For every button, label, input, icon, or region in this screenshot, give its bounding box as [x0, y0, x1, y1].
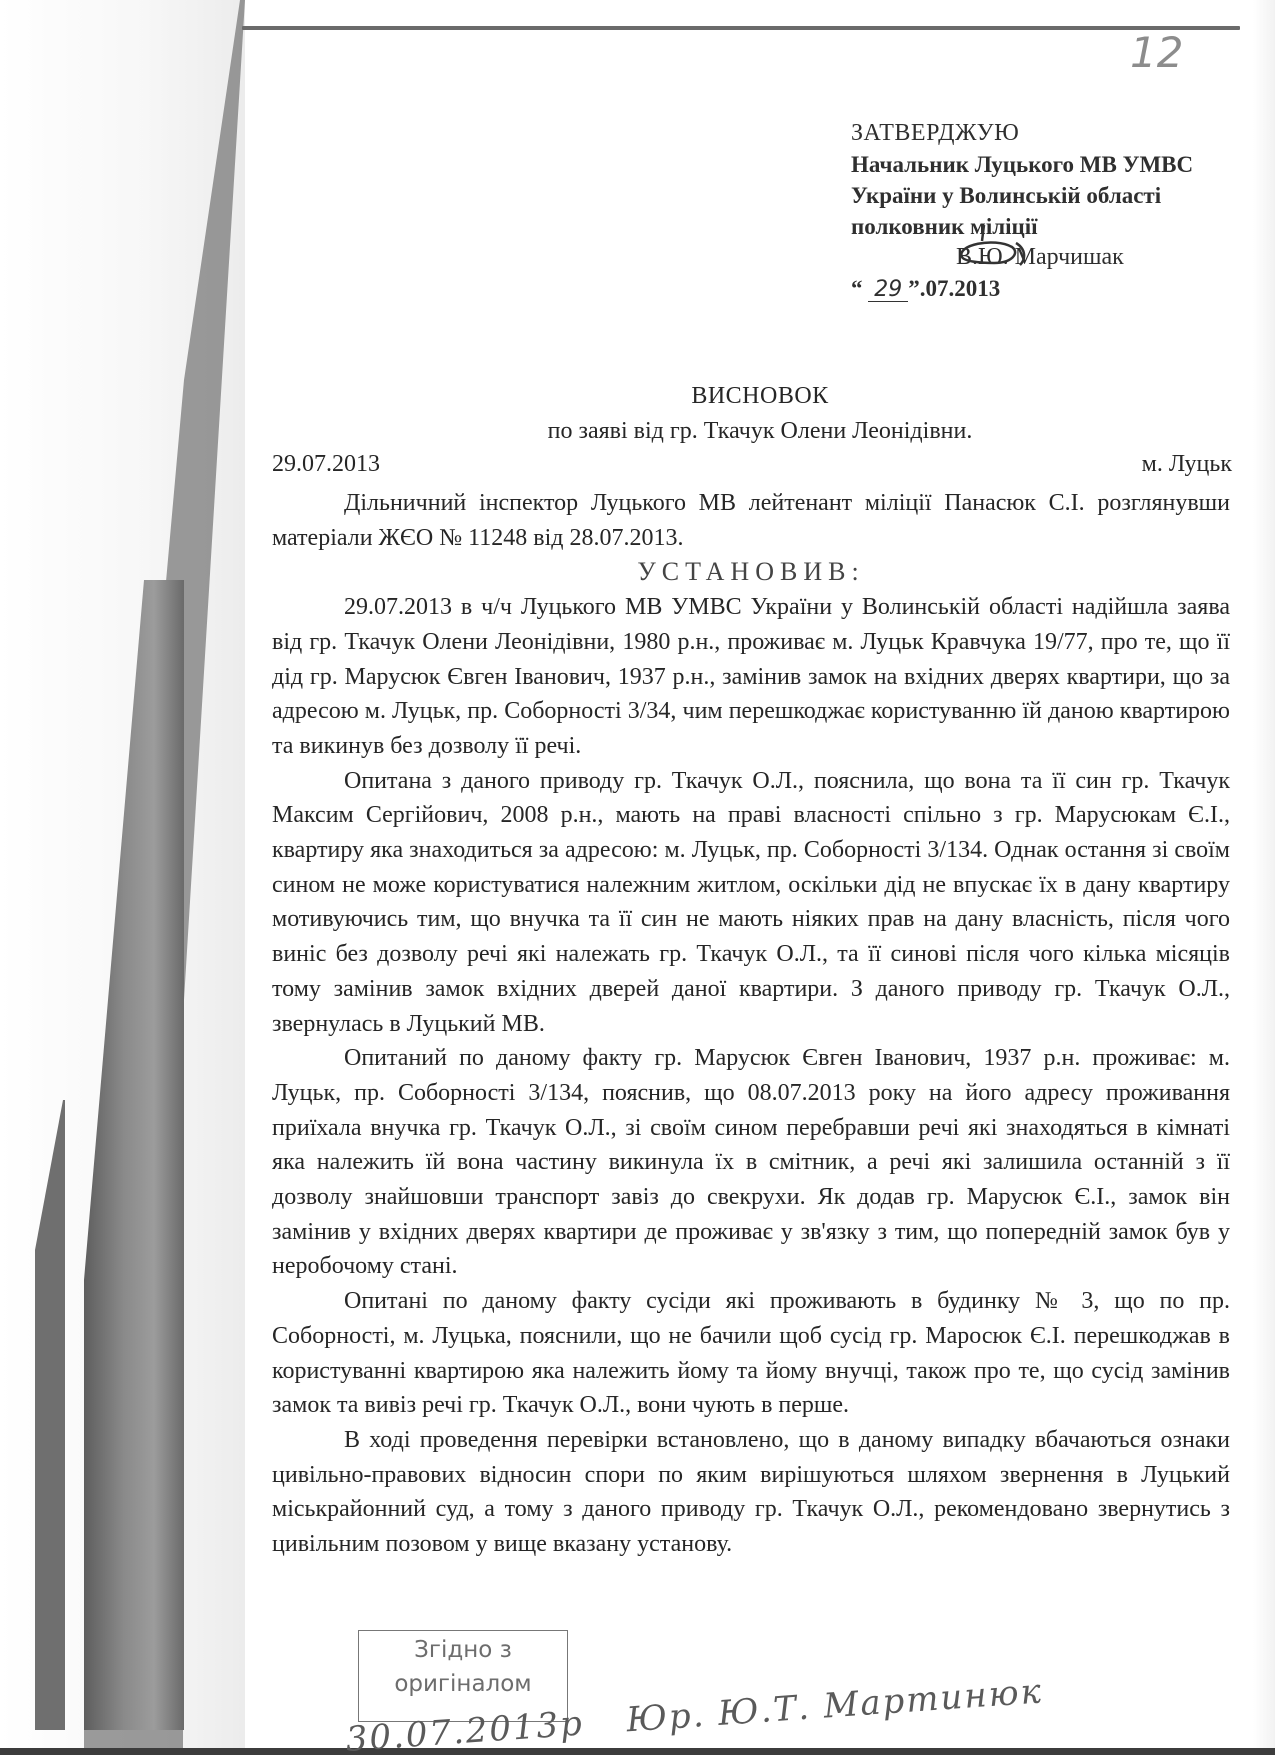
document-title: ВИСНОВОК — [260, 383, 1260, 410]
signature-mark-icon — [954, 223, 1032, 268]
stamp-line: Згідно з — [359, 1633, 567, 1667]
document-subtitle: по заяві від гр. Ткачук Олени Леонідівни… — [260, 418, 1260, 445]
approval-date: “ 29”.07.2013 — [851, 273, 1193, 304]
stamp-line: оригіналом — [359, 1667, 567, 1701]
body-paragraph: 29.07.2013 в ч/ч Луцького МВ УМВС Україн… — [272, 590, 1230, 764]
section-heading: УСТАНОВИВ: — [272, 555, 1230, 590]
approval-block: ЗАТВЕРДЖУЮ Начальник Луцького МВ УМВС Ук… — [851, 118, 1193, 304]
body-paragraph: Опитаний по даному факту гр. Марусюк Євг… — [272, 1041, 1230, 1284]
approval-date-day: 29 — [868, 279, 908, 302]
date-open-quote: “ — [851, 276, 863, 301]
top-rule — [242, 26, 1240, 30]
approval-line: Начальник Луцького МВ УМВС — [851, 149, 1193, 180]
date-close-quote: ” — [908, 276, 920, 301]
document-place: м. Луцьк — [1142, 451, 1232, 478]
intro-paragraph: Дільничний інспектор Луцького МВ лейтена… — [272, 486, 1230, 555]
date-place-row: 29.07.2013 м. Луцьк — [272, 451, 1232, 478]
handwritten-signature: Юр. Ю.Т. Мартинюк — [625, 1671, 1044, 1740]
body-paragraph: В ході проведення перевірки встановлено,… — [272, 1423, 1230, 1562]
approval-line: України у Волинській області — [851, 180, 1193, 211]
document-date: 29.07.2013 — [272, 451, 380, 478]
handwritten-page-number: 12 — [1130, 28, 1183, 77]
approval-date-rest: .07.2013 — [920, 276, 1001, 301]
document-body: Дільничний інспектор Луцького МВ лейтена… — [272, 486, 1230, 1562]
body-paragraph: Опитані по даному факту сусіди які прожи… — [272, 1284, 1230, 1423]
approval-heading: ЗАТВЕРДЖУЮ — [851, 118, 1193, 149]
bottom-rule — [0, 1748, 1275, 1755]
body-paragraph: Опитана з даного приводу гр. Ткачук О.Л.… — [272, 764, 1230, 1042]
scan-right-edge — [1253, 0, 1275, 1755]
